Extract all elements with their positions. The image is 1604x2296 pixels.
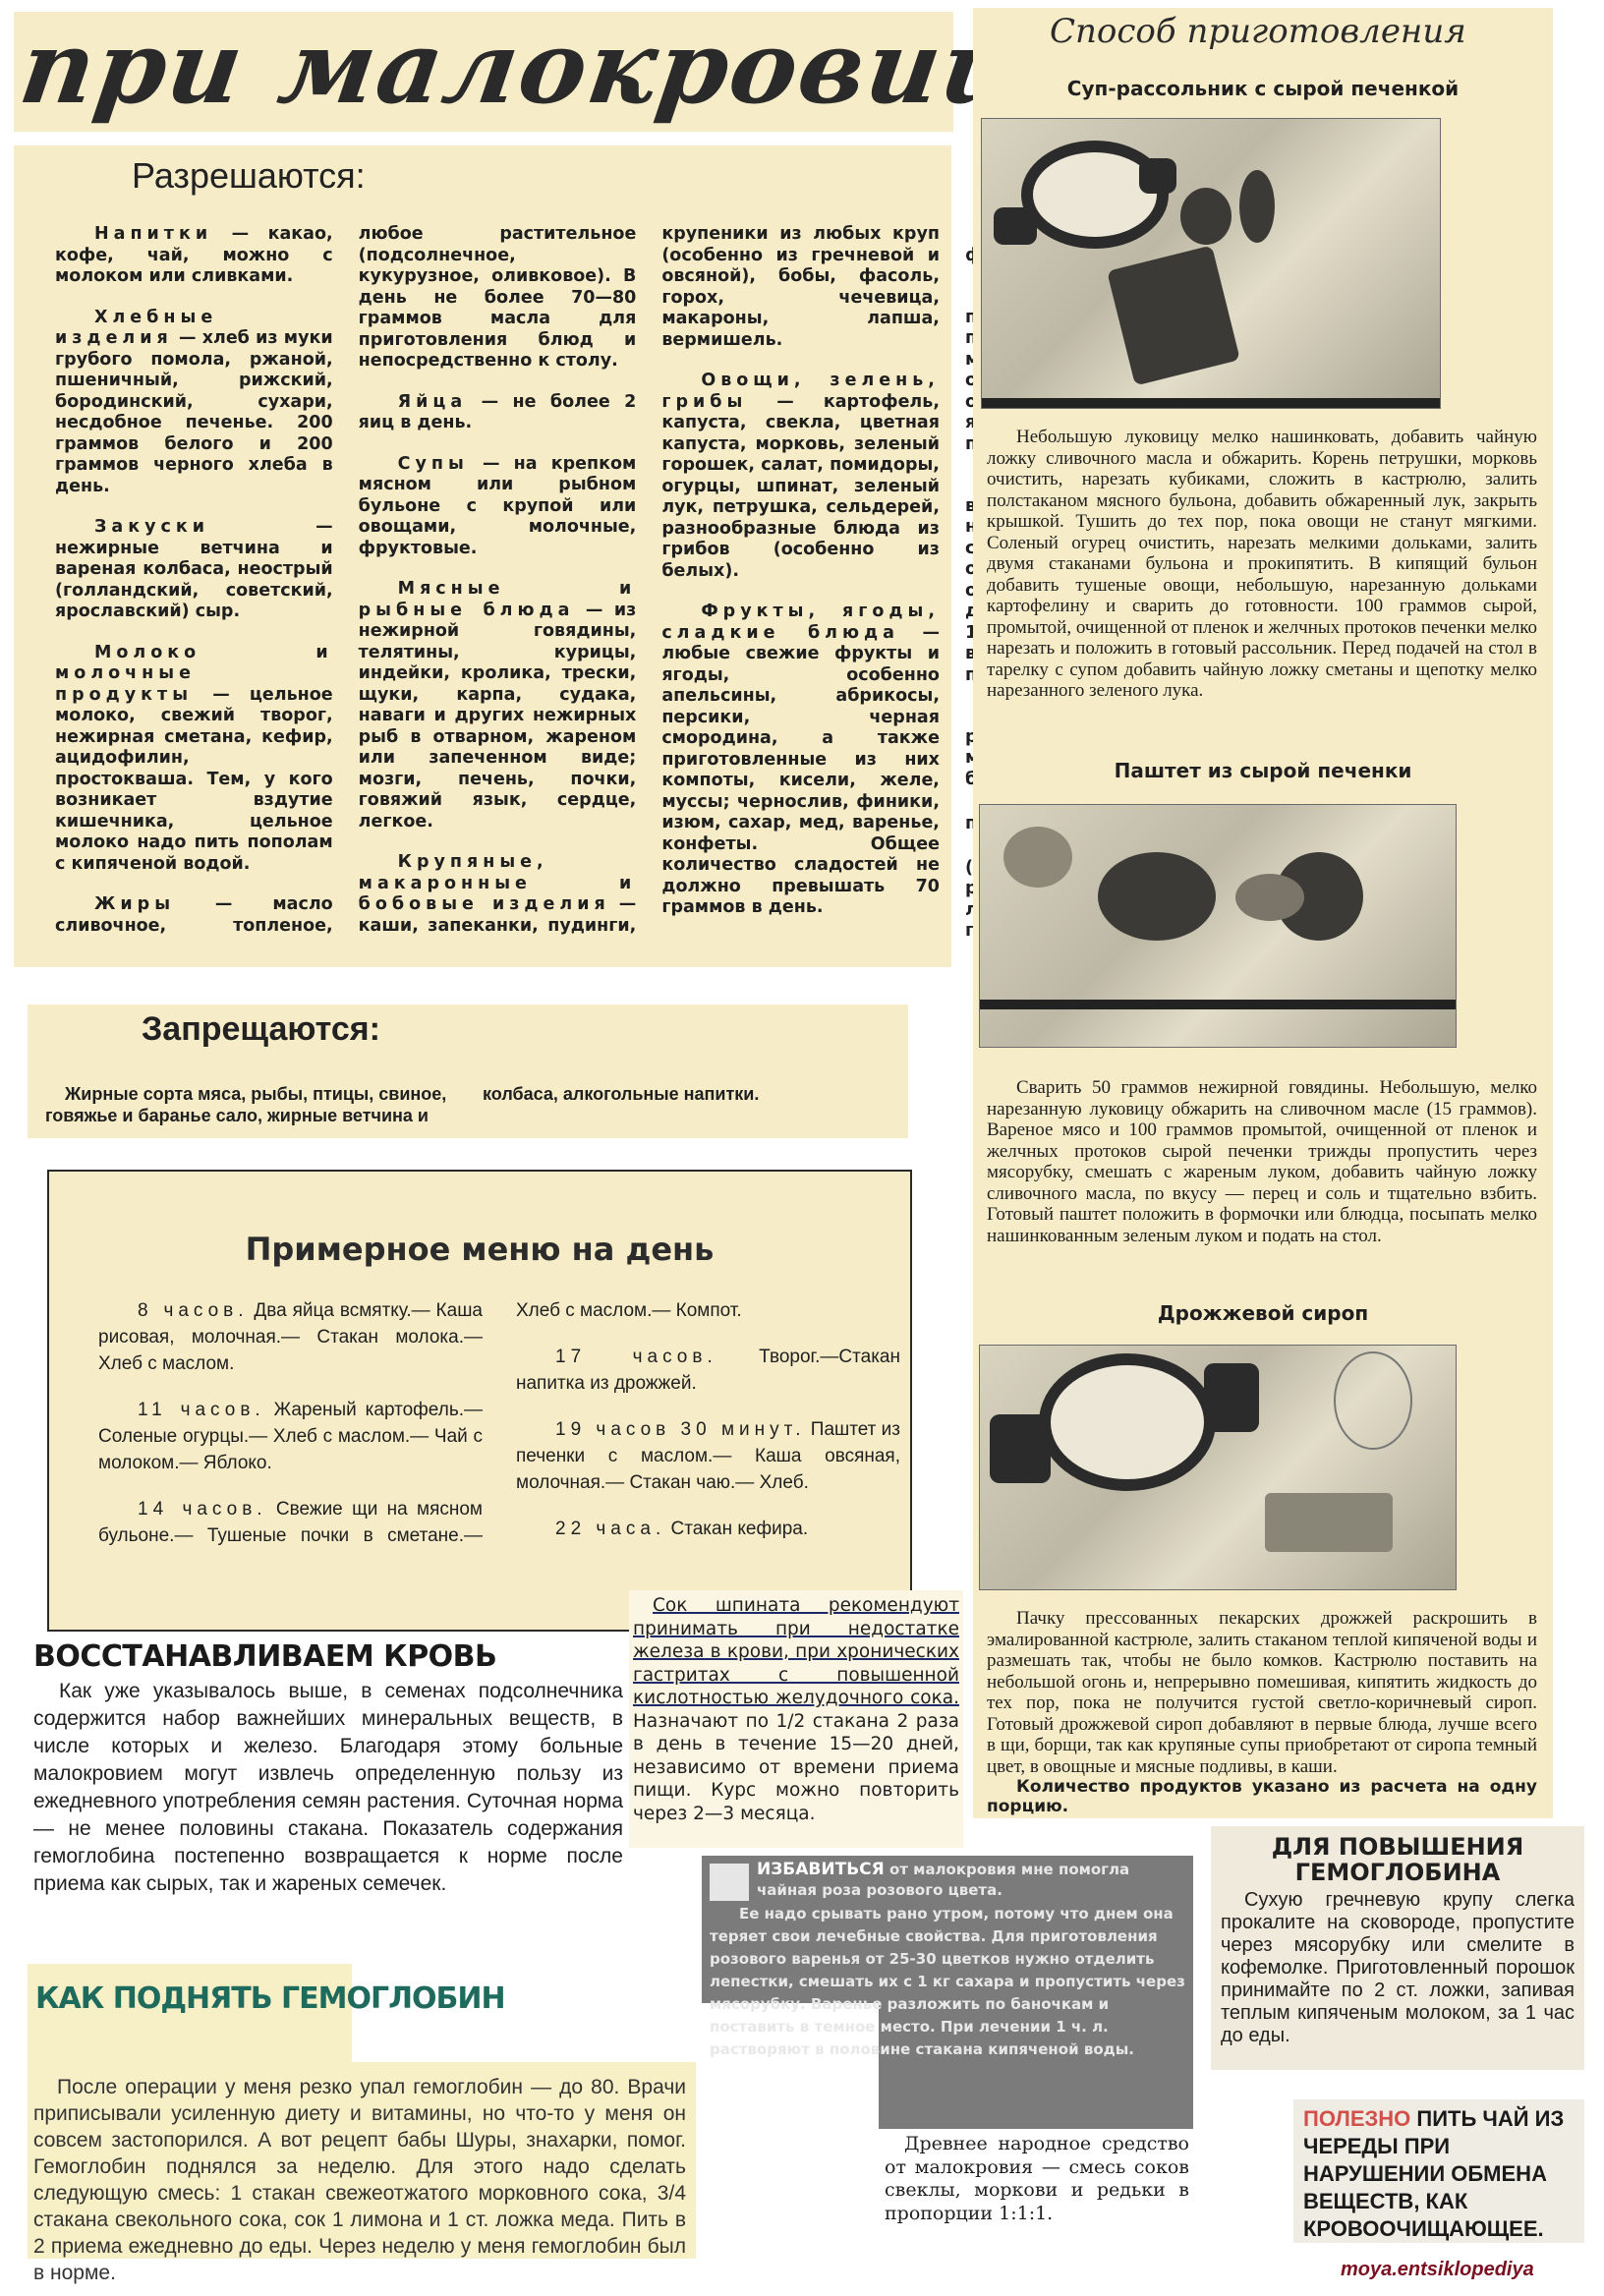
allowed-item: Яйца — не более 2 яиц в день.: [359, 392, 637, 434]
allowed-item: Закуски — нежирные ветчина и вареная кол…: [55, 517, 333, 623]
recipe-text: Небольшую луковицу мелко нашинковать, до…: [987, 427, 1537, 702]
recipe-note: Количество продуктов указано из расчета …: [987, 1777, 1537, 1816]
recipe-title: Суп-рассольник с сырой печенкой: [973, 77, 1553, 100]
menu-entry: 11 часов. Жареный картофель.— Соленые ог…: [98, 1397, 483, 1476]
recipe-text: Сварить 50 граммов нежирной говядины. Не…: [987, 1077, 1537, 1246]
allowed-item: Овощи, зелень, грибы — картофель, капуст…: [661, 371, 940, 582]
useful-tea-text: ПОЛЕЗНО ПИТЬ ЧАЙ ИЗ ЧЕРЕДЫ ПРИ НАРУШЕНИИ…: [1303, 2105, 1582, 2243]
watermark: moya.entsiklopediya: [1341, 2259, 1534, 2281]
recipe-text: Пачку прессованных пекарских дрожжей рас…: [987, 1608, 1537, 1777]
spinach-clipping: Сок шпината рекомендуют принимать при не…: [629, 1590, 963, 1848]
tea-rose-clipping: ИЗБАВИТЬСЯ от малокровия мне помогла чай…: [702, 1856, 1193, 2129]
tea-rose-intro: ИЗБАВИТЬСЯ от малокровия мне помогла чай…: [757, 1860, 1187, 1901]
allowed-columns: Напитки — какао, кофе, чай, можно с моло…: [55, 224, 940, 951]
useful-tea-accent: ПОЛЕЗНО: [1303, 2106, 1410, 2131]
recipe-title: Дрожжевой сироп: [973, 1301, 1553, 1325]
allowed-heading: Разрешаются:: [132, 155, 366, 197]
allowed-item: Мясные и рыбные блюда — из нежирной говя…: [359, 579, 637, 832]
useful-tea-clipping: ПОЛЕЗНО ПИТЬ ЧАЙ ИЗ ЧЕРЕДЫ ПРИ НАРУШЕНИИ…: [1293, 2099, 1584, 2243]
spinach-text: Сок шпината рекомендуют принимать при не…: [633, 1594, 959, 1825]
menu-entry: 22 часа. Стакан кефира.: [516, 1516, 900, 1542]
allowed-item: Супы — на крепком мясном или рыбном буль…: [359, 454, 637, 560]
menu-box: Примерное меню на день 8 часов. Два яйца…: [47, 1170, 912, 1632]
forbidden-text: Жирные сорта мяса, рыбы, птицы, свиное, …: [45, 1083, 900, 1126]
forbidden-section: Запрещаются: Жирные сорта мяса, рыбы, пт…: [28, 1004, 908, 1138]
recipe-photo-syrup: [979, 1345, 1457, 1590]
allowed-item: Фрукты, ягоды, сладкие блюда — любые све…: [661, 602, 940, 919]
tea-rose-text: Ее надо срывать рано утром, потому что д…: [710, 1903, 1187, 2061]
page-title: при малокровии: [13, 4, 1026, 132]
allowed-section: Разрешаются: Напитки — какао, кофе, чай,…: [14, 145, 951, 967]
recipe-photo-soup: [981, 118, 1441, 409]
raise-hemoglobin-text: После операции у меня резко упал гемогло…: [33, 2074, 686, 2286]
recipe-photo-pate: [979, 804, 1457, 1048]
restore-blood-text: Как уже указывалось выше, в семенах подс…: [33, 1678, 623, 1898]
allowed-item: Напитки — какао, кофе, чай, можно с моло…: [55, 224, 333, 288]
buckwheat-text: Сухую гречневую крупу слегка прокалите н…: [1221, 1889, 1575, 2047]
raise-hemoglobin-clipping: КАК ПОДНЯТЬ ГЕМОГЛОБИН После операции у …: [28, 1964, 696, 2259]
restore-blood-heading: ВОССТАНАВЛИВАЕМ КРОВЬ: [33, 1639, 623, 1674]
menu-entry: 17 часов. Творог.—Стакан напитка из дрож…: [516, 1344, 900, 1397]
buckwheat-clipping: ДЛЯ ПОВЫШЕНИЯ ГЕМОГЛОБИНА Сухую гречневу…: [1211, 1826, 1584, 2070]
recipes-section: Способ приготовления Суп-рассольник с сы…: [973, 8, 1553, 1818]
menu-heading: Примерное меню на день: [49, 1231, 910, 1268]
raise-hemoglobin-heading: КАК ПОДНЯТЬ ГЕМОГЛОБИН: [35, 1981, 505, 2016]
buckwheat-heading: ДЛЯ ПОВЫШЕНИЯ ГЕМОГЛОБИНА: [1240, 1834, 1555, 1885]
spinach-underlined: Сок шпината рекомендуют принимать при не…: [633, 1595, 959, 1708]
forbidden-heading: Запрещаются:: [142, 1010, 380, 1049]
allowed-item: Молоко и молочные продукты — цельное мол…: [55, 643, 333, 876]
recipe-title: Паштет из сырой печенки: [973, 759, 1553, 782]
menu-entry: 8 часов. Два яйца всмятку.— Каша рисовая…: [98, 1297, 483, 1377]
folk-remedy-text: Древнее народное средство от малокровия …: [885, 2133, 1189, 2225]
restore-blood-clipping: ВОССТАНАВЛИВАЕМ КРОВЬ Как уже указывалос…: [33, 1639, 623, 1934]
tea-rose-square-icon: [710, 1864, 749, 1901]
allowed-item: Хлебные изделия — хлеб из муки грубого п…: [55, 308, 333, 498]
menu-entry: 19 часов 30 минут. Паштет из печенки с м…: [516, 1416, 900, 1496]
recipes-script-title: Способ приготовления: [1050, 12, 1466, 51]
menu-columns: 8 часов. Два яйца всмятку.— Каша рисовая…: [98, 1297, 900, 1622]
